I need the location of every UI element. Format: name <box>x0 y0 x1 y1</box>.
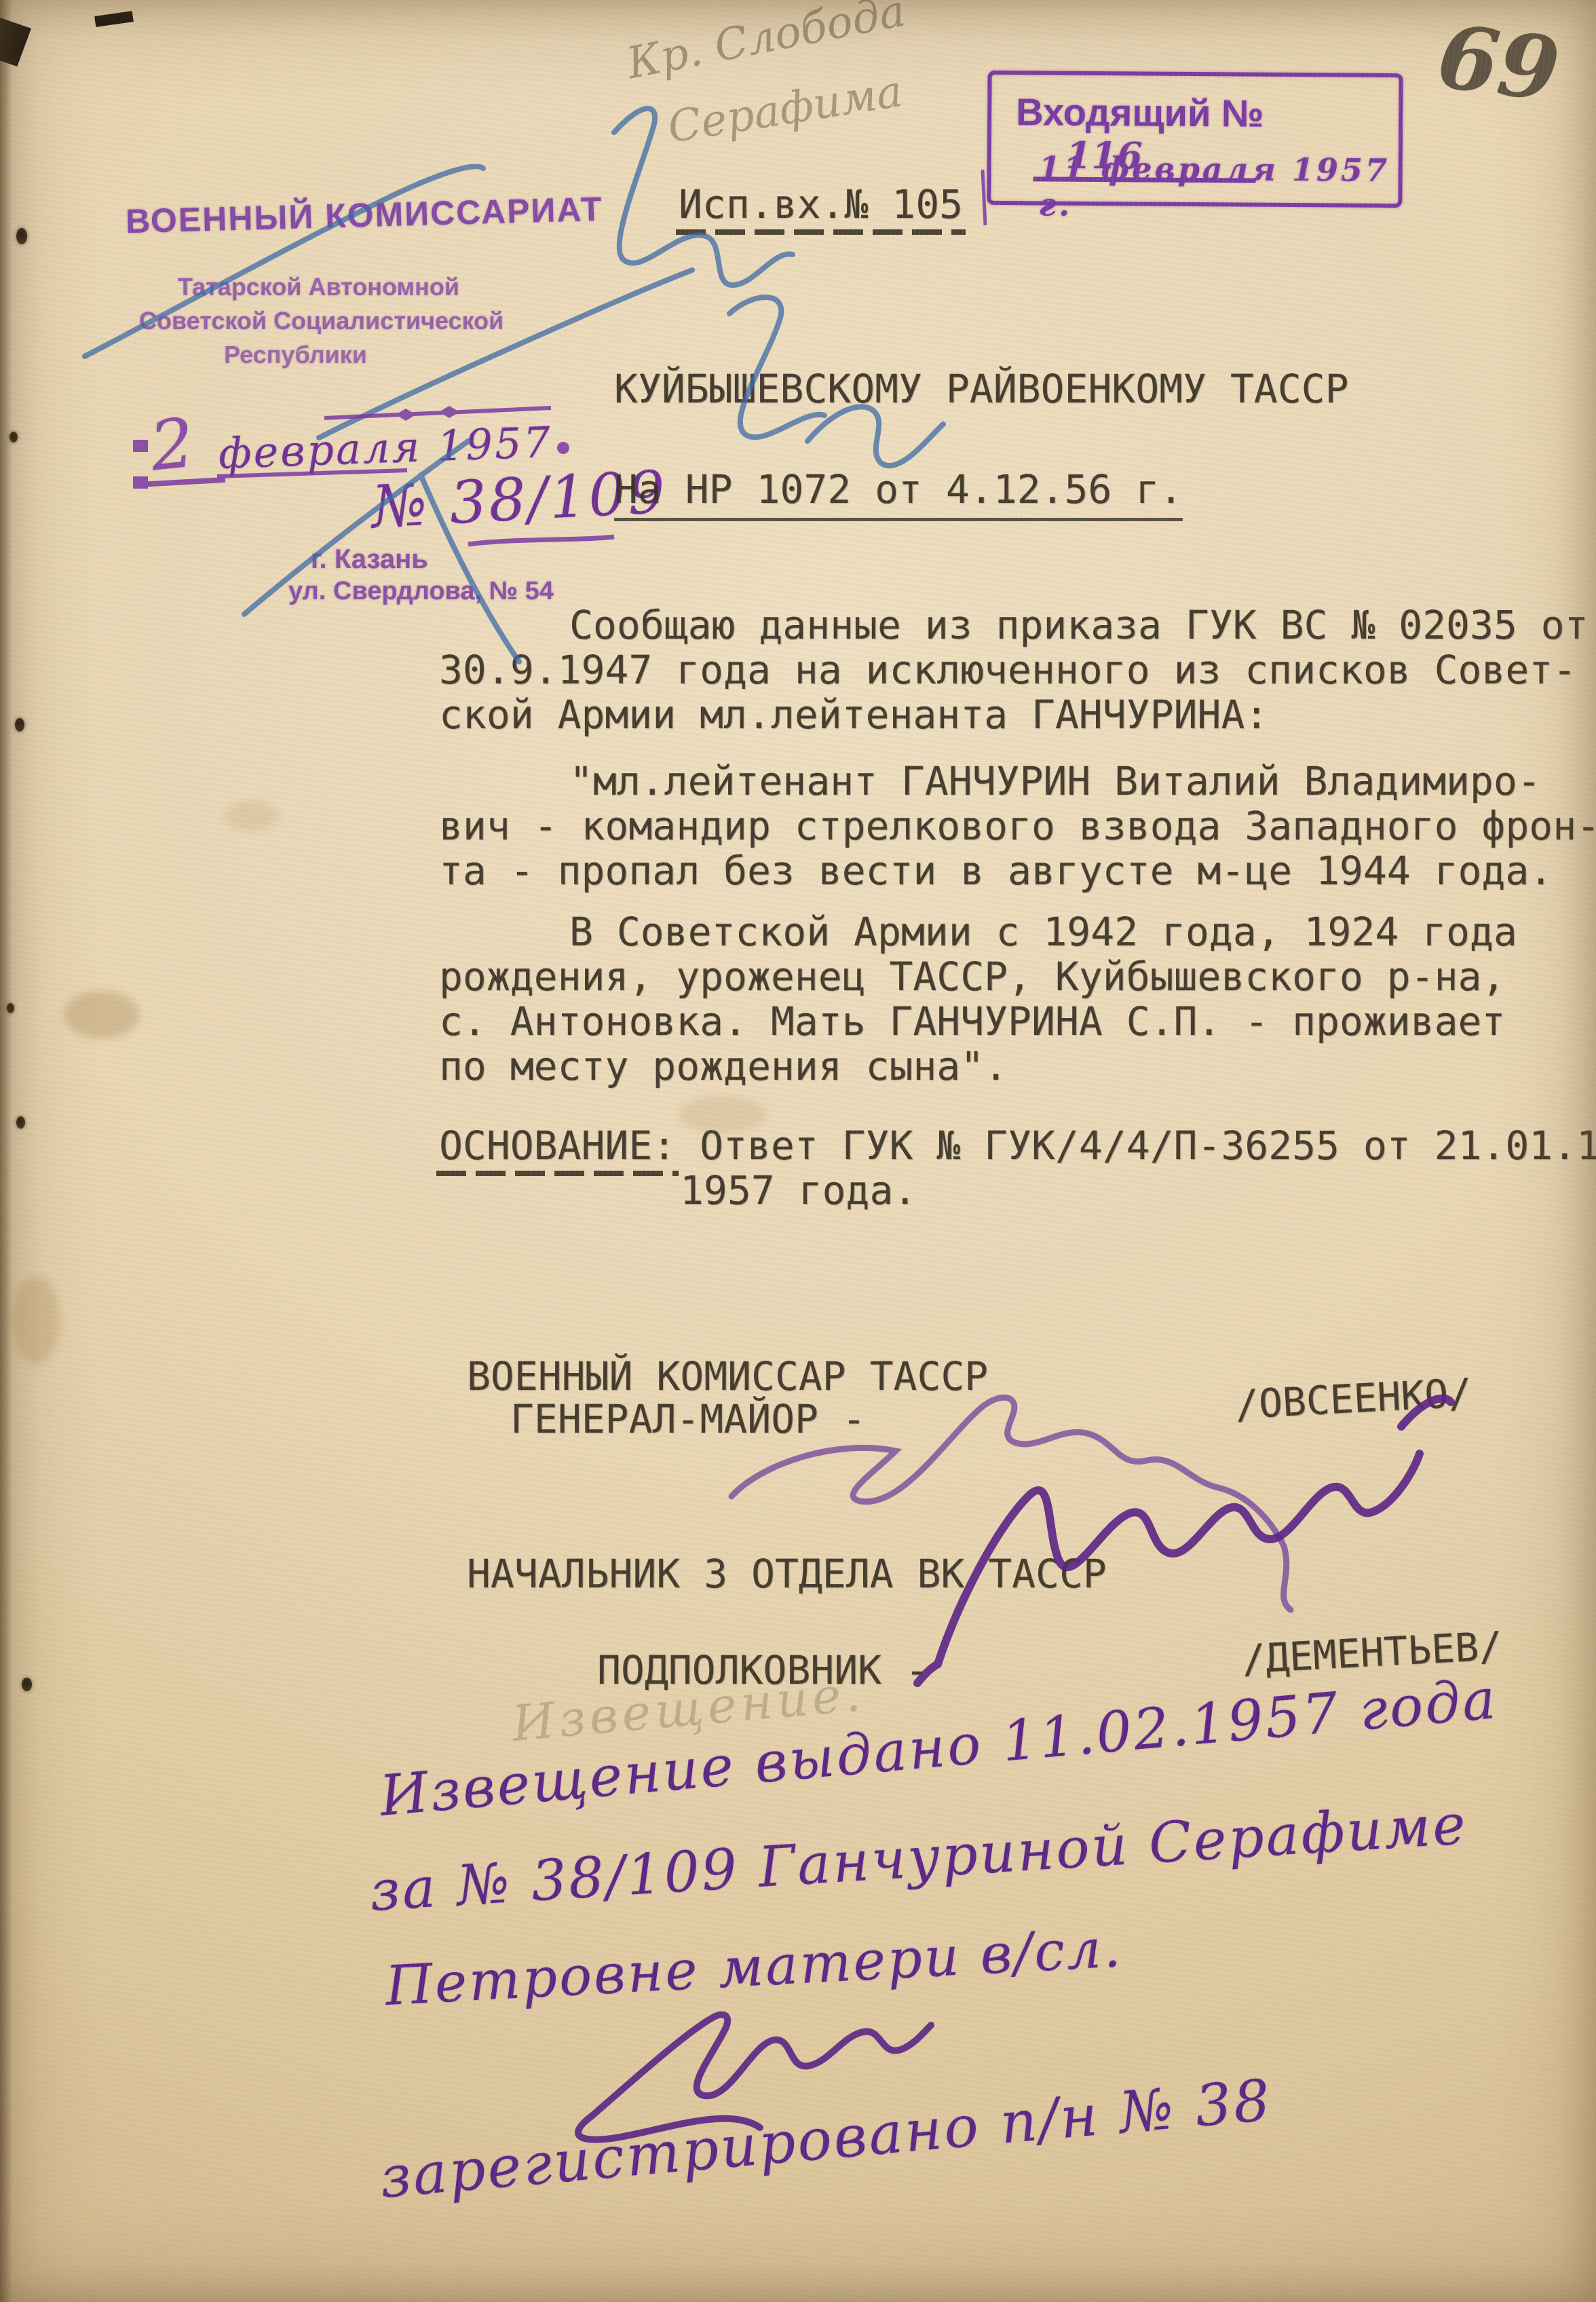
corner-tape-mark <box>0 18 31 67</box>
exec-number: Исп.вх.№ 105 <box>679 182 963 227</box>
paper-stain <box>679 1096 767 1133</box>
paper-stain <box>64 991 139 1038</box>
paper-stain <box>12 1276 60 1364</box>
body-line: рождения, уроженец ТАССР, Куйбышевского … <box>439 954 1517 999</box>
scanned-document-page: 69 Кр. Слобода Серафима Входящий №116 11… <box>0 0 1596 2302</box>
subject-text: На НР 1072 от 4.12.56 г. <box>614 466 1183 521</box>
paper-hole <box>9 432 18 442</box>
paper-hole <box>16 228 27 244</box>
body-line: В Советской Армии с 1942 года, 1924 года <box>439 909 1517 954</box>
signature1-rank: ГЕНЕРАЛ-МАЙОР - <box>510 1397 866 1441</box>
body-line: ской Армии мл.лейтенанта ГАНЧУРИНА: <box>439 692 1589 737</box>
body-line: по месту рождения сына". <box>439 1044 1517 1089</box>
paper-hole <box>16 1116 25 1129</box>
body-line: с. Антоновка. Мать ГАНЧУРИНА С.П. - прож… <box>439 999 1517 1044</box>
edge-mark <box>94 11 134 27</box>
paper-hole <box>22 1678 32 1691</box>
pencil-note-line2: Серафима <box>664 67 906 153</box>
sender-stamp-title: ВОЕННЫЙ КОМИССАРИАТ <box>125 189 603 241</box>
sender-stamp-line3: Советской Социалистической <box>139 307 503 335</box>
page-number-pencil: 69 <box>1432 6 1565 122</box>
basis-block: ОСНОВАНИЕ: Ответ ГУК № ГУК/4/4/П-36255 о… <box>439 1123 1596 1213</box>
body-line: вич - командир стрелкового взвода Западн… <box>439 804 1596 848</box>
footer-line3: Петровне матери в/сл. <box>384 1916 1124 2018</box>
paper-hole <box>15 718 24 732</box>
sender-stamp-address: ул. Свердлова, № 54 <box>288 577 554 606</box>
incoming-stamp-label: Входящий № <box>1016 90 1264 135</box>
addressee-line: КУЙБЫШЕВСКОМУ РАЙВОЕНКОМУ ТАССР <box>614 366 1349 411</box>
signature1-title: ВОЕННЫЙ КОМИССАР ТАССР <box>467 1354 988 1399</box>
paper-hole <box>7 1003 14 1013</box>
body-line: "мл.лейтенант ГАНЧУРИН Виталий Владимиро… <box>439 759 1596 804</box>
subject-line: На НР 1072 от 4.12.56 г. <box>614 467 1183 512</box>
signature1-name: /ОВСЕЕНКО/ <box>1234 1370 1473 1427</box>
basis-text: Ответ ГУК № ГУК/4/4/П-36255 от 21.01.1 <box>676 1122 1596 1169</box>
body-line: Сообщаю данные из приказа ГУК ВС № 02035… <box>439 603 1589 647</box>
body-line: 30.9.1947 года на исключенного из списко… <box>439 647 1589 692</box>
paper-stain <box>224 801 278 831</box>
sender-stamp-line4: Республики <box>224 341 367 369</box>
body-line: та - пропал без вести в августе м-це 194… <box>439 848 1596 893</box>
sender-stamp-day: 2 <box>147 402 199 486</box>
exec-number-text: Исп.вх.№ 105 <box>679 182 963 227</box>
footer-line4: зарегистрировано п/н № 38 <box>377 2067 1274 2211</box>
paragraph-1: Сообщаю данные из приказа ГУК ВС № 02035… <box>439 603 1589 737</box>
incoming-stamp: Входящий №116 11 февраля 1957 г. <box>987 71 1403 208</box>
signature2-title: НАЧАЛЬНИК 3 ОТДЕЛА ВК ТАССР <box>467 1551 1107 1596</box>
sender-stamp-city: г. Казань <box>311 544 428 575</box>
incoming-stamp-date: 11 февраля 1957 г. <box>1038 149 1399 225</box>
basis-line1: ОСНОВАНИЕ: Ответ ГУК № ГУК/4/4/П-36255 о… <box>439 1123 1596 1168</box>
basis-label: ОСНОВАНИЕ: <box>439 1123 676 1168</box>
paragraph-3: В Советской Армии с 1942 года, 1924 года… <box>439 909 1517 1089</box>
sender-stamp-line2: Татарской Автономной <box>178 273 459 301</box>
paragraph-2: "мл.лейтенант ГАНЧУРИН Виталий Владимиро… <box>439 759 1596 893</box>
